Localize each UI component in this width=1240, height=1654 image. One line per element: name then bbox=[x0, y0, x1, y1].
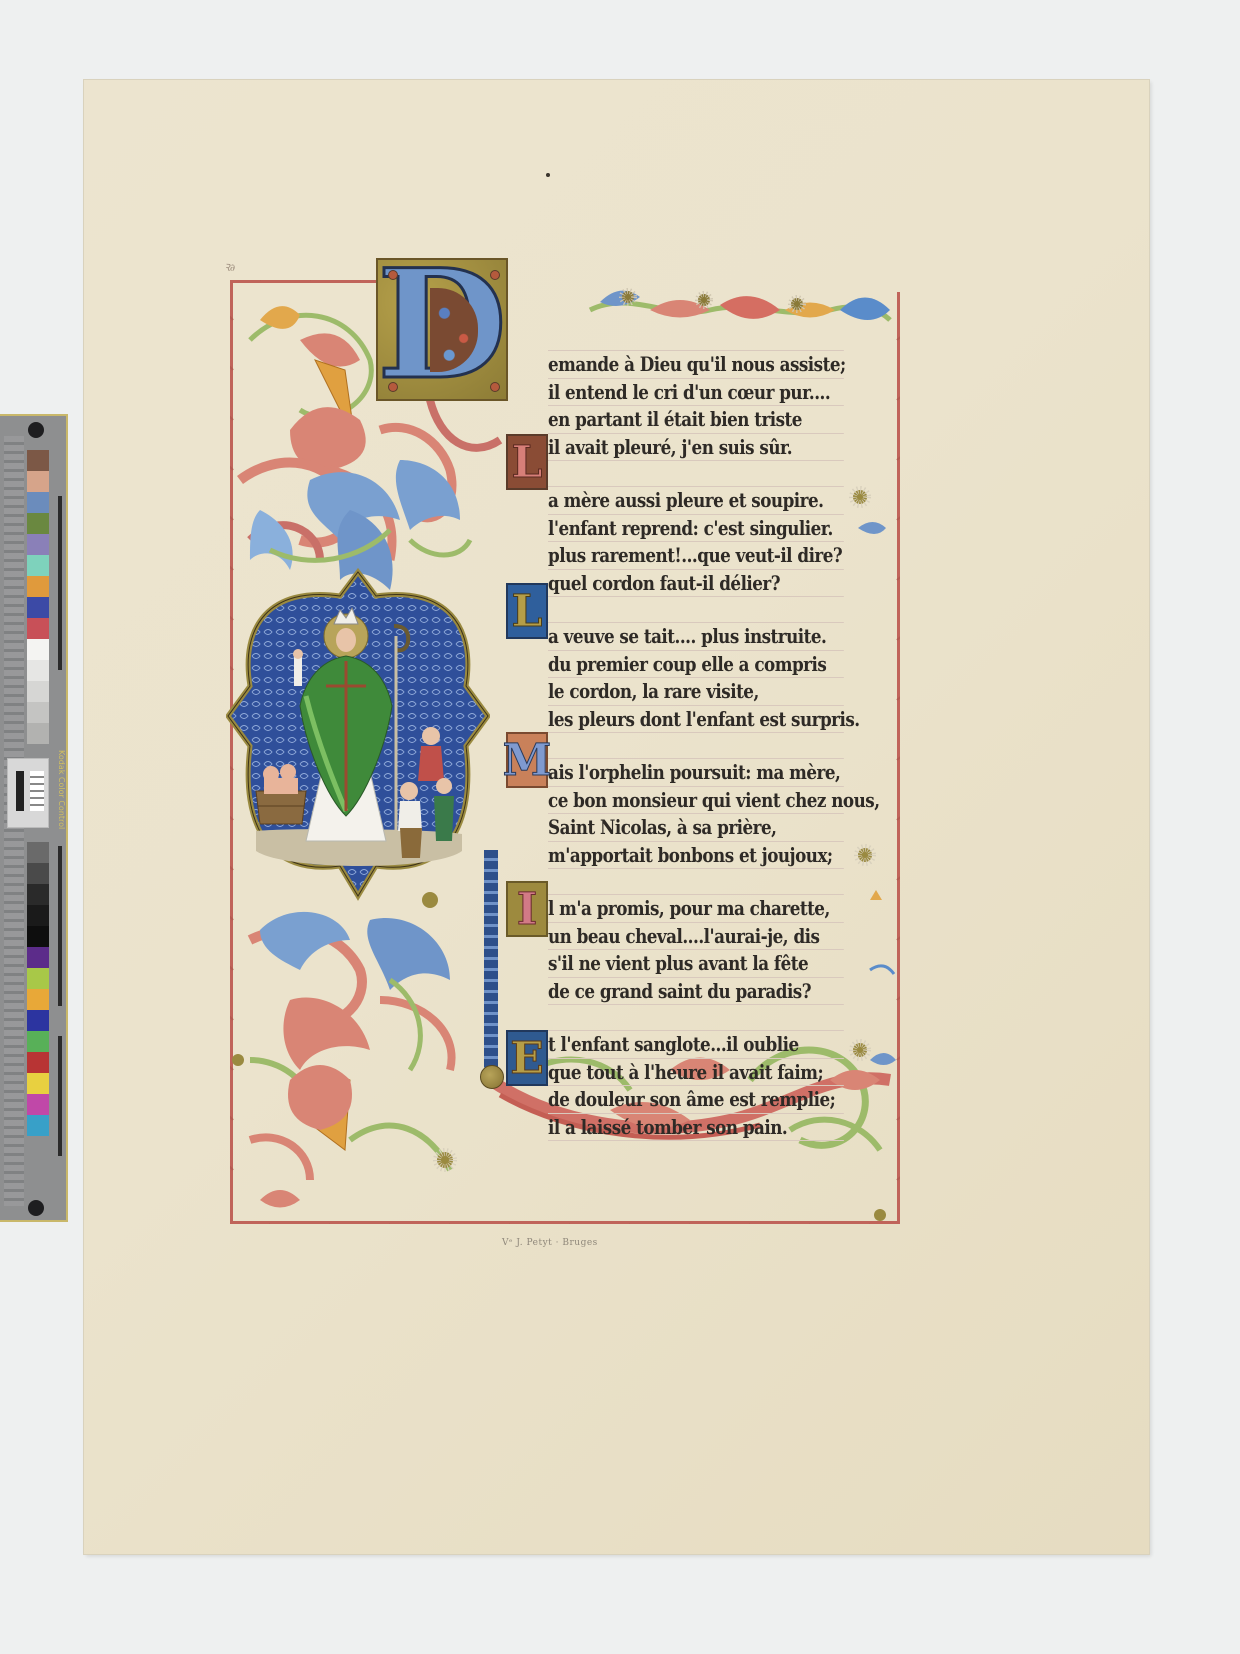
stanza-1: emande à Dieu qu'il nous assiste; il ent… bbox=[548, 350, 892, 461]
verse-line: quel cordon faut-il délier? bbox=[548, 570, 844, 598]
verse-line: m'apportait bonbons et joujoux; bbox=[548, 842, 844, 870]
color-swatch bbox=[27, 884, 49, 905]
color-swatch bbox=[27, 618, 49, 639]
verse-line: il avait pleuré, j'en suis sûr. bbox=[548, 434, 844, 462]
verse-line: du premier coup elle a compris bbox=[548, 651, 844, 679]
stanza-6: t l'enfant sanglote...il oublie que tout… bbox=[548, 1030, 892, 1141]
initial-glyph: L bbox=[512, 437, 543, 488]
color-swatch bbox=[27, 842, 49, 863]
verse-line: s'il ne vient plus avant la fête bbox=[548, 950, 844, 978]
color-swatch bbox=[27, 702, 49, 723]
initial-glyph: M bbox=[503, 735, 552, 786]
swatch-gap bbox=[27, 744, 49, 758]
registration-hole-icon bbox=[28, 1200, 44, 1216]
verse-line: les pleurs dont l'enfant est surpris. bbox=[548, 706, 844, 734]
illuminated-initial-m: M bbox=[506, 732, 548, 788]
color-swatch bbox=[27, 681, 49, 702]
verse-line: ais l'orphelin poursuit: ma mère, bbox=[548, 758, 844, 787]
verse-line: Saint Nicolas, à sa prière, bbox=[548, 814, 844, 842]
illuminated-initial-e: E bbox=[506, 1030, 548, 1086]
saint-nicholas-miniature bbox=[226, 566, 490, 916]
color-swatch bbox=[27, 639, 49, 660]
initial-glyph: L bbox=[512, 586, 543, 637]
color-swatch bbox=[27, 597, 49, 618]
verse-line: a mère aussi pleure et soupire. bbox=[548, 486, 844, 515]
checker-label: Kodak Color Control bbox=[56, 750, 66, 860]
manuscript-sheet: Ꝛ∂ bbox=[84, 80, 1149, 1554]
gold-dot-icon bbox=[490, 382, 500, 392]
gold-dot-icon bbox=[388, 270, 398, 280]
color-swatch bbox=[27, 968, 49, 989]
color-swatch bbox=[27, 926, 49, 947]
color-swatch bbox=[27, 450, 49, 471]
color-swatch bbox=[27, 576, 49, 597]
color-swatch bbox=[27, 1073, 49, 1094]
verse-line: l m'a promis, pour ma charette, bbox=[548, 894, 844, 923]
verse-line: a veuve se tait.... plus instruite. bbox=[548, 622, 844, 651]
stanza-2: a mère aussi pleure et soupire. l'enfant… bbox=[548, 486, 892, 597]
color-swatch bbox=[27, 1031, 49, 1052]
initial-glyph: I bbox=[517, 884, 538, 935]
verse-line: emande à Dieu qu'il nous assiste; bbox=[548, 350, 844, 379]
verse-line: il entend le cri d'un cœur pur.... bbox=[548, 379, 844, 407]
illuminated-initial-l: L bbox=[506, 583, 548, 639]
color-swatch bbox=[27, 660, 49, 681]
blue-initial-extension-bar bbox=[484, 850, 498, 1070]
verse-line: t l'enfant sanglote...il oublie bbox=[548, 1030, 844, 1059]
stanza-4: ais l'orphelin poursuit: ma mère, ce bon… bbox=[548, 758, 892, 869]
color-swatch bbox=[27, 534, 49, 555]
color-swatch bbox=[27, 1052, 49, 1073]
color-swatch bbox=[27, 723, 49, 744]
scale-bar bbox=[58, 1036, 62, 1156]
stanza-5: l m'a promis, pour ma charette, un beau … bbox=[548, 894, 892, 1005]
color-swatch bbox=[27, 863, 49, 884]
saint-nicholas-illustration bbox=[226, 566, 490, 916]
color-swatch bbox=[27, 471, 49, 492]
verse-line: plus rarement!...que veut-il dire? bbox=[548, 542, 844, 570]
verse-line: en partant il était bien triste bbox=[548, 406, 844, 434]
verse-line: de douleur son âme est remplie; bbox=[548, 1086, 844, 1114]
gold-dot-icon bbox=[388, 382, 398, 392]
verse-line: il a laissé tomber son pain. bbox=[548, 1114, 844, 1142]
verse-line: le cordon, la rare visite, bbox=[548, 678, 844, 706]
ink-speck bbox=[546, 173, 550, 177]
color-swatch bbox=[27, 947, 49, 968]
color-calibration-strip: Kodak Color Control bbox=[0, 414, 68, 1222]
illuminated-initial-d: D bbox=[376, 258, 508, 401]
verse-text-block: emande à Dieu qu'il nous assiste; il ent… bbox=[548, 350, 892, 1166]
color-swatch bbox=[27, 492, 49, 513]
color-swatch bbox=[27, 1094, 49, 1115]
verse-line: que tout à l'heure il avait faim; bbox=[548, 1059, 844, 1087]
illuminated-frame: emande à Dieu qu'il nous assiste; il ent… bbox=[230, 280, 900, 1224]
gray-scale-target-icon bbox=[7, 758, 49, 828]
color-swatch bbox=[27, 905, 49, 926]
swatch-gap bbox=[27, 828, 49, 842]
initial-glyph: E bbox=[510, 1033, 544, 1084]
verse-line: ce bon monsieur qui vient chez nous, bbox=[548, 787, 844, 815]
color-swatch bbox=[27, 989, 49, 1010]
artist-monogram: Ꝛ∂ bbox=[224, 260, 235, 274]
color-swatch bbox=[27, 555, 49, 576]
printer-imprint: Vᵉ J. Petyt · Bruges bbox=[502, 1238, 598, 1248]
scale-bar bbox=[58, 584, 62, 670]
scale-bar bbox=[58, 846, 62, 1006]
color-swatch bbox=[27, 513, 49, 534]
color-swatch bbox=[27, 1115, 49, 1136]
illuminated-initial-i: I bbox=[506, 881, 548, 937]
swatch-column bbox=[27, 450, 49, 1136]
gold-boss-ornament bbox=[480, 1065, 504, 1089]
verse-line: l'enfant reprend: c'est singulier. bbox=[548, 515, 844, 543]
gold-dot-icon bbox=[490, 270, 500, 280]
scale-bar bbox=[58, 496, 62, 586]
illuminated-initial-l: L bbox=[506, 434, 548, 490]
stanza-3: a veuve se tait.... plus instruite. du p… bbox=[548, 622, 892, 733]
verse-line: de ce grand saint du paradis? bbox=[548, 978, 844, 1006]
color-swatch bbox=[27, 1010, 49, 1031]
registration-hole-icon bbox=[28, 422, 44, 438]
verse-line: un beau cheval....l'aurai-je, dis bbox=[548, 923, 844, 951]
